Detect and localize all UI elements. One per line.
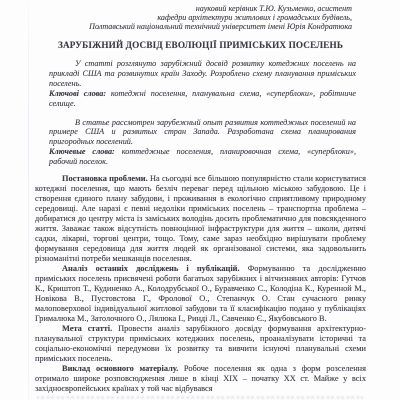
abstract-uk-keywords: Ключові слова: котеджні поселення, плану…: [49, 89, 356, 109]
section-text-problem: На сьогодні все більшою популярністю ста…: [35, 174, 366, 263]
section-literature-review: Аналіз останніх досліджень і публікацій.…: [35, 264, 366, 324]
keywords-label-uk: Ключові слова:: [49, 89, 106, 98]
abstract-ru-keywords: Ключевые слова: коттеджные поселения, пл…: [49, 147, 356, 167]
section-problem-statement: Постановка проблеми. На сьогодні все біл…: [35, 174, 366, 264]
section-heading-goal: Мета статті.: [62, 324, 112, 333]
scan-page-edge: [28, 0, 29, 400]
paper-title: ЗАРУБІЖНИЙ ДОСВІД ЕВОЛЮЦІЇ ПРИМІСЬКИХ ПО…: [35, 40, 366, 51]
section-heading-literature: Аналіз останніх досліджень і публікацій.: [62, 264, 240, 273]
abstract-uk-text: У статті розглянуто зарубіжний досвід ро…: [49, 59, 356, 89]
page-content: науковий керівник Т.Ю. Кузьменко, асисте…: [35, 4, 366, 394]
section-heading-main: Виклад основного матеріалу.: [62, 364, 178, 373]
scanned-paper-page: науковий керівник Т.Ю. Кузьменко, асисте…: [0, 0, 400, 400]
section-article-goal: Мета статті. Провести аналіз зарубіжного…: [35, 324, 366, 364]
cutoff-text-remnant: [37, 396, 363, 399]
affiliation-line-2: кафедри архітектури житлових і громадськ…: [35, 13, 352, 22]
section-main-material: Виклад основного матеріалу. Робоче посел…: [35, 364, 366, 394]
affiliation-line-3: Полтавський національний технічний уніве…: [35, 22, 352, 31]
affiliation-line-1: науковий керівник Т.Ю. Кузьменко, асисте…: [35, 4, 352, 13]
abstract-russian: В статье рассмотрен зарубежный опыт разв…: [49, 118, 356, 168]
keywords-label-ru: Ключевые слова:: [49, 147, 115, 156]
affiliation-block: науковий керівник Т.Ю. Кузьменко, асисте…: [35, 4, 366, 31]
section-heading-problem: Постановка проблеми.: [62, 174, 148, 183]
abstract-ru-text: В статье рассмотрен зарубежный опыт разв…: [49, 118, 356, 148]
abstract-ukrainian: У статті розглянуто зарубіжний досвід ро…: [49, 59, 356, 109]
